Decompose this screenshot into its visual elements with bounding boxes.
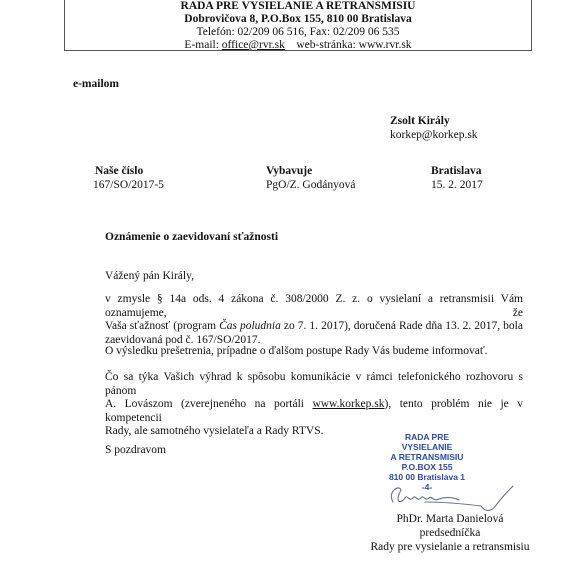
paragraph-1-line-2: Vaša sťažnosť (program Čas poludnia zo 7…	[105, 320, 523, 334]
subject: Oznámenie o zaevidovaní sťažnosti	[105, 231, 278, 243]
signature-block: PhDr. Marta Danielová predsedníčka Rady …	[360, 512, 540, 554]
closing: S pozdravom	[105, 444, 166, 456]
paragraph-3-line-1: Čo sa týka Vašich výhrad k spôsobu komun…	[105, 371, 523, 398]
signatory-title: predsedníčka	[360, 526, 540, 540]
delivery-method: e-mailom	[73, 78, 119, 90]
signatory-org: Rady pre vysielanie a retransmisiu	[360, 540, 540, 554]
letterhead-phone-fax: Telefón: 02/209 06 516, Fax: 02/209 06 5…	[65, 26, 531, 39]
letterhead-org-name: RADA PRE VYSIELANIE A RETRANSMISIU	[65, 0, 531, 13]
paragraph-1-line-1: v zmysle § 14a ods. 4 zákona č. 308/2000…	[105, 293, 523, 320]
paragraph-3-line-2: A. Lovászom (zverejneného na portáli www…	[105, 398, 523, 425]
letterhead-address: Dobrovičova 8, P.O.Box 155, 810 00 Brati…	[65, 13, 531, 26]
paragraph-2: O výsledku prešetrenia, prípadne o ďalšo…	[105, 345, 488, 357]
paragraph-3: Čo sa týka Vašich výhrad k spôsobu komun…	[105, 371, 523, 439]
paragraph-1: v zmysle § 14a ods. 4 zákona č. 308/2000…	[105, 293, 523, 347]
our-number: 167/SO/2017-5	[93, 179, 164, 191]
place: Bratislava	[431, 165, 481, 177]
date: 15. 2. 2017	[431, 179, 483, 191]
recipient-email: korkep@korkep.sk	[390, 129, 478, 141]
salutation: Vážený pán Király,	[105, 270, 194, 282]
web-address: web-stránka: www.rvr.sk	[296, 39, 411, 51]
email-link[interactable]: office@rvr.sk	[222, 39, 285, 51]
program-name: Čas poludnia	[219, 320, 281, 332]
email-label: E-mail:	[184, 39, 221, 51]
our-number-label: Naše číslo	[95, 165, 143, 177]
korkep-link[interactable]: www.korkep.sk	[312, 398, 384, 410]
signatory-name: PhDr. Marta Danielová	[360, 512, 540, 526]
letterhead-contact: E-mail: office@rvr.sk web-stránka: www.r…	[65, 39, 531, 52]
letterhead: RADA PRE VYSIELANIE A RETRANSMISIU Dobro…	[64, 0, 532, 51]
handled-by: PgO/Z. Godányová	[266, 179, 355, 191]
recipient-name: Zsolt Király	[390, 115, 450, 127]
handled-by-label: Vybavuje	[266, 165, 312, 177]
